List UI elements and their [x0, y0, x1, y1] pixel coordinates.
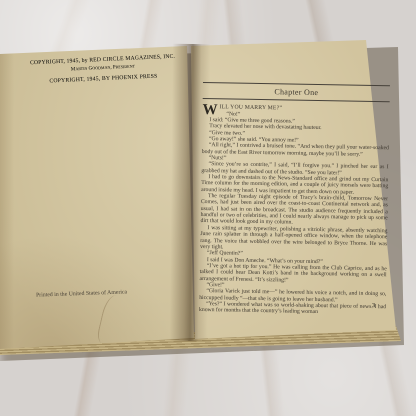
- body-paragraph: The regular Tuesday night episode of Tra…: [201, 193, 389, 228]
- drop-cap: W: [202, 105, 217, 117]
- page-number: 3: [372, 303, 375, 309]
- body-text: WILL YOU MARRY ME?” “No!”I said: “Give m…: [199, 104, 390, 317]
- chapter-rule-bottom: [203, 98, 390, 103]
- chapter-page-content: Chapter One WILL YOU MARRY ME?” “No!”I s…: [199, 82, 390, 317]
- paragraph-list: “No!”I said: “Give me three good reasons…: [199, 111, 390, 317]
- body-paragraph: I was sitting at my typewriter, polishin…: [200, 225, 387, 254]
- chapter-title: Chapter One: [203, 86, 390, 98]
- body-paragraph: “I’ve got a hot tip for you.” He was cal…: [200, 263, 387, 285]
- book-photo: COPYRIGHT, 1945, by RED CIRCLE MAGAZINES…: [0, 0, 416, 416]
